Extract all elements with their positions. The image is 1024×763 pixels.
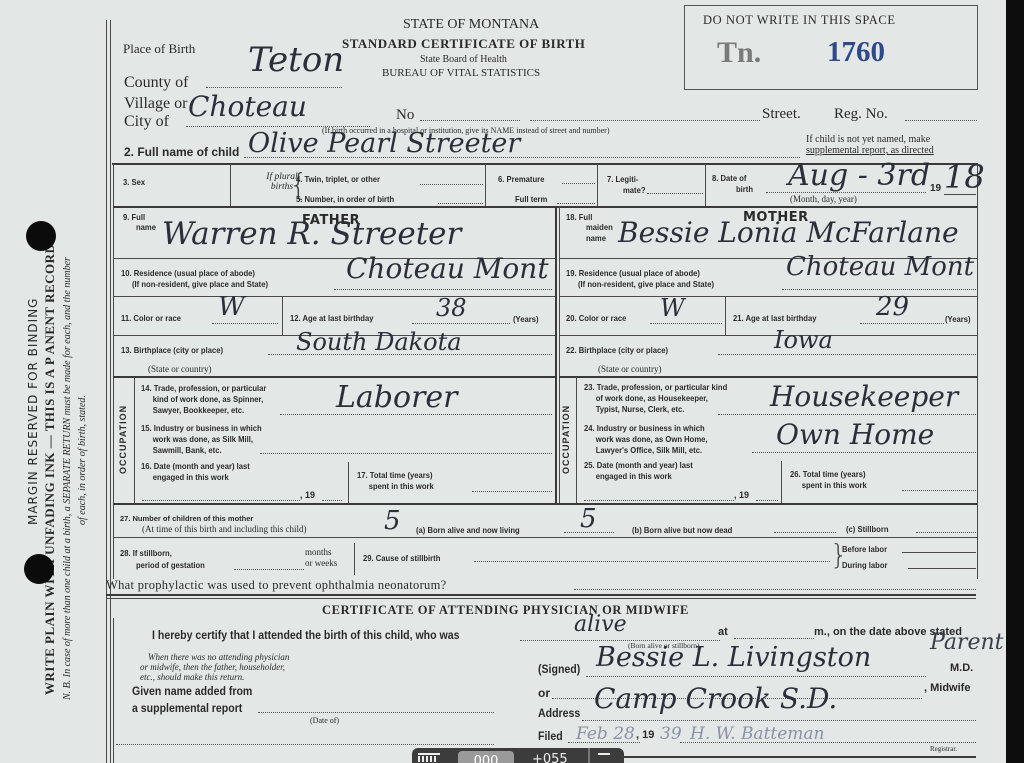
father-color-value: W bbox=[218, 292, 245, 322]
sex-label: 3. Sex bbox=[123, 177, 145, 187]
mother-residence-value: Choteau Mont bbox=[786, 252, 974, 282]
dob-value: Aug - 3rd bbox=[788, 158, 930, 193]
father-name-value: Warren R. Streeter bbox=[162, 216, 461, 252]
children-count-label-1: 27. Number of children of this mother bbox=[120, 514, 253, 523]
father-birthplace-value: South Dakota bbox=[296, 328, 462, 356]
certify-text: I hereby certify that I attended the bir… bbox=[152, 628, 459, 642]
father-birthplace-label: 13. Birthplace (city or place) bbox=[121, 345, 223, 355]
margin-rule-2 bbox=[110, 20, 111, 763]
nb-note-line1: N. B. In case of more than one child at … bbox=[62, 257, 73, 700]
father-age-unit: (Years) bbox=[513, 314, 539, 324]
birth-order-label: 5. Number, in order of birth bbox=[296, 194, 394, 204]
father-time-label: 17. Total time (years) spent in this wor… bbox=[357, 470, 434, 492]
prophylactic-label: What prophylactic was used to prevent op… bbox=[106, 578, 446, 593]
mother-residence-label-2: (If non-resident, give place and State) bbox=[578, 279, 714, 289]
dob-label-1: 8. Date of bbox=[712, 173, 746, 183]
full-term-label: Full term bbox=[515, 194, 547, 204]
filed-year-prefix: , 19 bbox=[636, 729, 654, 741]
mother-age-unit: (Years) bbox=[945, 314, 971, 324]
or-label: or bbox=[538, 686, 550, 700]
born-alive-living-label: (a) Born alive and now living bbox=[416, 525, 520, 535]
mother-birthplace-label: 22. Birthplace (city or place) bbox=[566, 345, 668, 355]
gestation-units: months or weeks bbox=[305, 547, 337, 569]
certificate-number: 1760 bbox=[827, 36, 885, 69]
children-total-value: 5 bbox=[384, 506, 401, 536]
filed-year-value: 39 bbox=[660, 724, 682, 744]
mother-age-value: 29 bbox=[876, 292, 909, 322]
grid-icon[interactable] bbox=[418, 753, 440, 763]
signed-annotation: Parent bbox=[930, 630, 1003, 655]
registrar-label: Registrar. bbox=[930, 745, 957, 753]
state-name: STATE OF MONTANA bbox=[403, 17, 539, 33]
filed-date-value: Feb 28 bbox=[576, 724, 635, 744]
mother-industry-label: 24. Industry or business in which work w… bbox=[584, 423, 708, 456]
unnamed-note-2: supplemental report, as directed bbox=[806, 145, 934, 156]
birth-certificate-page: MARGIN RESERVED FOR BINDING WRITE PLAIN … bbox=[0, 0, 1006, 763]
during-labor-label: During labor bbox=[842, 560, 887, 570]
filed-label: Filed bbox=[538, 729, 563, 743]
given-name-label-2: a supplemental report bbox=[132, 701, 242, 715]
legitimate-label-2: mate? bbox=[623, 185, 646, 195]
registrar-signature: H. W. Batteman bbox=[690, 724, 825, 744]
stillborn-period-label-1: 28. If stillborn, bbox=[120, 548, 172, 558]
no-physician-note: When there was no attending physician or… bbox=[140, 652, 289, 682]
stillborn-period-label-2: period of gestation bbox=[136, 560, 205, 570]
midwife-label: , Midwife bbox=[924, 682, 970, 694]
mother-name-label-2: maiden bbox=[586, 222, 613, 232]
father-residence-label-2: (If non-resident, give place and State) bbox=[132, 279, 268, 289]
office-use-notice: DO NOT WRITE IN THIS SPACE bbox=[703, 13, 896, 28]
mother-industry-value: Own Home bbox=[776, 418, 934, 451]
father-trade-label: 14. Trade, profession, or particular kin… bbox=[141, 383, 266, 416]
stillborn-label: (c) Stillborn bbox=[846, 524, 889, 534]
mother-birthplace-hint: (State or country) bbox=[598, 364, 661, 374]
zoom-value[interactable]: +055 bbox=[532, 752, 568, 763]
village-label: Village or bbox=[124, 95, 187, 113]
binding-hole-top bbox=[26, 221, 56, 251]
mother-birthplace-value: Iowa bbox=[774, 326, 833, 354]
mother-name-value: Bessie Lonia McFarlane bbox=[618, 216, 959, 249]
viewer-toolbar[interactable]: 000 +055 bbox=[412, 748, 624, 763]
county-value: Teton bbox=[248, 40, 344, 80]
stillbirth-cause-label: 29. Cause of stillbirth bbox=[363, 553, 440, 563]
mother-residence-label-1: 19. Residence (usual place of abode) bbox=[566, 268, 700, 278]
city-label: City of bbox=[124, 113, 169, 131]
date-of-hint: (Date of) bbox=[310, 716, 339, 725]
mother-time-label: 26. Total time (years) spent in this wor… bbox=[790, 469, 867, 491]
birth-status-value: alive bbox=[574, 612, 627, 637]
father-occupation-label: OCCUPATION bbox=[118, 405, 128, 474]
signed-value: Bessie L. Livingston bbox=[596, 642, 871, 673]
child-name-label: 2. Full name of child bbox=[124, 145, 239, 159]
unnamed-note-1: If child is not yet named, make bbox=[806, 134, 930, 145]
address-label: Address bbox=[538, 706, 580, 720]
mother-color-label: 20. Color or race bbox=[566, 313, 626, 323]
mother-date-year-prefix: , 19 bbox=[734, 490, 749, 500]
mother-trade-value: Housekeeper bbox=[770, 380, 958, 413]
twin-label: 4. Twin, triplet, or other bbox=[296, 174, 380, 184]
menu-icon[interactable] bbox=[598, 753, 610, 755]
margin-rule bbox=[106, 20, 107, 763]
number-label: No bbox=[396, 107, 414, 124]
bureau-name: BUREAU OF VITAL STATISTICS bbox=[382, 67, 540, 79]
father-age-label: 12. Age at last birthday bbox=[290, 313, 373, 323]
md-label: M.D. bbox=[950, 662, 973, 674]
street-label: Street. bbox=[762, 106, 801, 123]
born-alive-living-value: 5 bbox=[580, 504, 597, 534]
father-age-value: 38 bbox=[436, 294, 467, 322]
father-residence-value: Choteau Mont bbox=[346, 252, 549, 285]
mother-name-label-3: name bbox=[586, 233, 606, 243]
before-labor-label: Before labor bbox=[842, 544, 887, 554]
children-count-label-2: (At time of this birth and including thi… bbox=[142, 524, 306, 534]
father-birthplace-hint: (State or country) bbox=[148, 364, 211, 374]
binding-hole-bottom bbox=[24, 554, 54, 584]
mother-color-value: W bbox=[660, 294, 685, 322]
at-label: at bbox=[718, 626, 728, 638]
dob-hint: (Month, day, year) bbox=[790, 194, 857, 204]
board-name: State Board of Health bbox=[420, 54, 507, 65]
father-name-label-1: 9. Full bbox=[123, 212, 145, 222]
mother-occupation-label: OCCUPATION bbox=[561, 405, 571, 474]
page-field[interactable]: 000 bbox=[458, 751, 514, 763]
dob-year-value: 18 bbox=[944, 158, 985, 196]
father-date-label: 16. Date (month and year) last engaged i… bbox=[141, 461, 250, 483]
born-alive-dead-label: (b) Born alive but now dead bbox=[632, 525, 732, 535]
mother-trade-label: 23. Trade, profession, or particular kin… bbox=[584, 382, 727, 415]
mother-age-label: 21. Age at last birthday bbox=[733, 313, 816, 323]
father-trade-value: Laborer bbox=[336, 380, 458, 415]
office-use-box: DO NOT WRITE IN THIS SPACE Tn. 1760 bbox=[684, 5, 978, 90]
place-of-birth-heading: Place of Birth bbox=[123, 41, 195, 57]
legitimate-label-1: 7. Legiti- bbox=[607, 174, 638, 184]
city-value: Choteau bbox=[188, 90, 307, 123]
certificate-heading: CERTIFICATE OF ATTENDING PHYSICIAN OR MI… bbox=[322, 603, 689, 618]
address-value: Camp Crook S.D. bbox=[594, 682, 837, 715]
certificate-title: STANDARD CERTIFICATE OF BIRTH bbox=[342, 36, 585, 52]
father-name-label-2: name bbox=[136, 222, 156, 232]
father-date-year-prefix: , 19 bbox=[300, 490, 315, 500]
tn-prefix: Tn. bbox=[717, 36, 761, 70]
dob-year-prefix: 19 bbox=[930, 183, 941, 194]
margin-reserved-text: MARGIN RESERVED FOR BINDING bbox=[26, 298, 40, 525]
reg-no-label: Reg. No. bbox=[834, 106, 888, 123]
given-name-label-1: Given name added from bbox=[132, 684, 252, 698]
father-residence-label-1: 10. Residence (usual place of abode) bbox=[121, 268, 255, 278]
mother-name-label-1: 18. Full bbox=[566, 212, 592, 222]
father-color-label: 11. Color or race bbox=[121, 313, 181, 323]
child-name-value: Olive Pearl Streeter bbox=[248, 128, 520, 159]
county-label: County of bbox=[124, 74, 188, 92]
write-plain-notice: WRITE PLAIN WITH UNFADING INK — THIS IS … bbox=[42, 244, 58, 695]
premature-label: 6. Premature bbox=[498, 174, 544, 184]
nb-note-line2: of each, in order of birth, stated. bbox=[77, 395, 88, 525]
mother-date-label: 25. Date (month and year) last engaged i… bbox=[584, 460, 693, 482]
dob-label-2: birth bbox=[736, 184, 753, 194]
father-industry-label: 15. Industry or business in which work w… bbox=[141, 423, 262, 456]
signed-label: (Signed) bbox=[538, 662, 580, 676]
scan-edge bbox=[1006, 0, 1024, 763]
